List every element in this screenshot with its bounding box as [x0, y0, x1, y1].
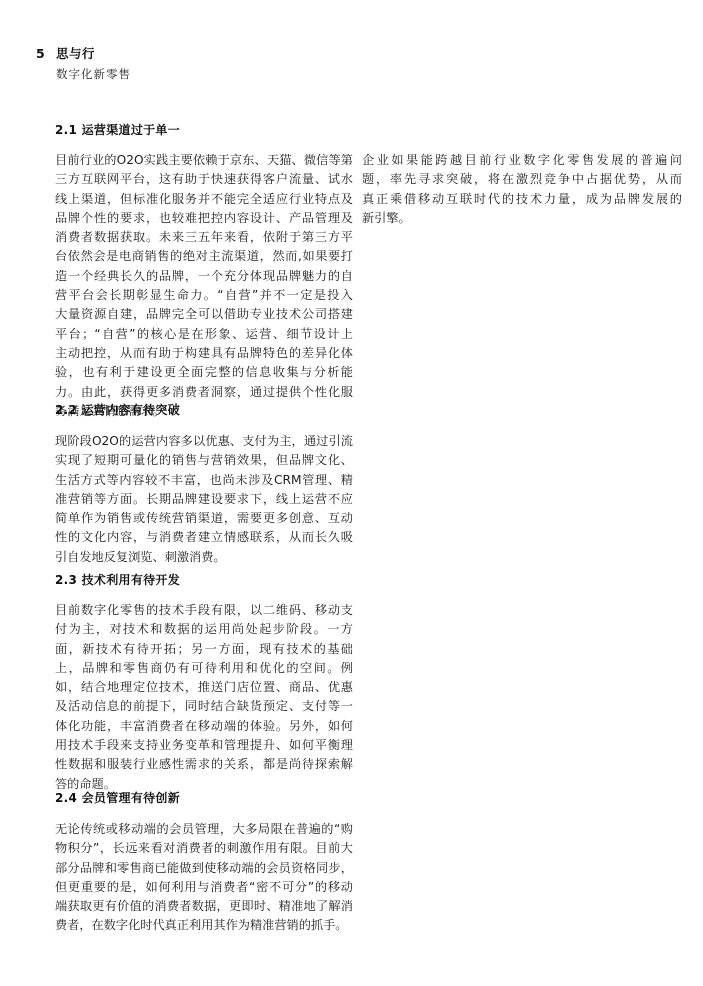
text-line: 简单作为销售或传统营销渠道，需要更多创意、互动 [55, 509, 353, 528]
text-line: 目前数字化零售的技术手段有限，以二维码、移动支 [55, 601, 353, 620]
chapter-title: 思与行 [56, 44, 95, 62]
text-line: 费者，在数字化时代真正利用其作为精准营销的抓手。 [55, 916, 353, 935]
text-line: 物积分”，长远来看对消费者的刺激作用有限。目前大 [55, 839, 353, 858]
text-line: 性的文化内容，与消费者建立情感联系，从而长久吸 [55, 528, 353, 547]
text-line: 性数据和服装行业感性需求的关系，都是尚待探索解 [55, 755, 353, 774]
text-line: 造一个经典长久的品牌，一个充分体现品牌魅力的自 [55, 267, 353, 286]
section-title-2-2: 2.2 运营内容有待突破 [55, 401, 180, 418]
text-line: 部分品牌和零售商已能做到使移动端的会员资格同步， [55, 859, 353, 878]
chapter-subtitle: 数字化新零售 [56, 66, 131, 82]
page-number: 5 [36, 46, 56, 61]
text-line: 真正乘借移动互联时代的技术力量，成为品牌发展的 [362, 190, 682, 209]
text-line: 付为主，对技术和数据的运用尚处起步阶段。一方 [55, 620, 353, 639]
section-body-2-2: 现阶段O2O的运营内容多以优惠、支付为主，通过引流 实现了短期可量化的销售与营销… [55, 432, 353, 567]
text-line: 实现了短期可量化的销售与营销效果，但品牌文化、 [55, 451, 353, 470]
text-line: 及活动信息的前提下，同时结合缺货预定、支付等一 [55, 697, 353, 716]
text-line: 台依然会是电商销售的绝对主流渠道，然而,如果要打 [55, 247, 353, 266]
text-line: 准营销等方面。长期品牌建设要求下，线上运营不应 [55, 490, 353, 509]
text-line: 营平台会长期彰显生命力。“自营”并不一定是投入 [55, 286, 353, 305]
text-line: 题，率先寻求突破，将在激烈竞争中占据优势，从而 [362, 170, 682, 189]
section-body-2-4: 无论传统或移动端的会员管理，大多局限在普遍的“购 物积分”，长远来看对消费者的刺… [55, 820, 353, 936]
text-line: 主动把控，从而有助于构建具有品牌特色的差异化体 [55, 344, 353, 363]
text-line: 用技术手段来支持业务变革和管理提升、如何平衡理 [55, 736, 353, 755]
text-line: 线上渠道，但标准化服务并不能完全适应行业特点及 [55, 190, 353, 209]
right-column-body: 企业如果能跨越目前行业数字化零售发展的普遍问 题，率先寻求突破，将在激烈竞争中占… [362, 151, 682, 228]
text-line: 大量资源自建，品牌完全可以借助专业技术公司搭建 [55, 305, 353, 324]
text-line: 无论传统或移动端的会员管理，大多局限在普遍的“购 [55, 820, 353, 839]
text-line: 但更重要的是，如何利用与消费者“密不可分”的移动 [55, 878, 353, 897]
text-line: 目前行业的O2O实践主要依赖于京东、天猫、微信等第 [55, 151, 353, 170]
text-line: 面，新技术有待开拓；另一方面，现有技术的基础 [55, 640, 353, 659]
text-line: 如，结合地理定位技术，推送门店位置、商品、优惠 [55, 678, 353, 697]
section-body-2-3: 目前数字化零售的技术手段有限，以二维码、移动支 付为主，对技术和数据的运用尚处起… [55, 601, 353, 794]
text-line: 体化功能，丰富消费者在移动端的体验。另外，如何 [55, 717, 353, 736]
text-line: 引自发地反复浏览、刺激消费。 [55, 548, 353, 567]
text-line: 端获取更有价值的消费者数据，更即时、精准地了解消 [55, 897, 353, 916]
text-line: 力。由此，获得更多消费者洞察，通过提供个性化服 [55, 383, 353, 402]
text-line: 现阶段O2O的运营内容多以优惠、支付为主，通过引流 [55, 432, 353, 451]
running-header: 5 思与行 数字化新零售 [36, 44, 131, 82]
section-body-2-1: 目前行业的O2O实践主要依赖于京东、天猫、微信等第 三方互联网平台，这有助于快速… [55, 151, 353, 421]
text-line: 企业如果能跨越目前行业数字化零售发展的普遍问 [362, 151, 682, 170]
text-line: 上，品牌和零售商仍有可待利用和优化的空间。例 [55, 659, 353, 678]
section-title-2-4: 2.4 会员管理有待创新 [55, 789, 180, 806]
section-title-2-1: 2.1 运营渠道过于单一 [55, 121, 180, 138]
text-line: 消费者数据获取。未来三五年来看，依附于第三方平 [55, 228, 353, 247]
section-title-2-3: 2.3 技术利用有待开发 [55, 571, 180, 588]
text-line: 验，也有利于建设更全面完整的信息收集与分析能 [55, 363, 353, 382]
text-line: 生活方式等内容较不丰富，也尚未涉及CRM管理、精 [55, 471, 353, 490]
text-line: 平台；“自营”的核心是在形象、运营、细节设计上 [55, 325, 353, 344]
text-line: 新引擎。 [362, 209, 682, 228]
text-line: 三方互联网平台，这有助于快速获得客户流量、试水 [55, 170, 353, 189]
text-line: 品牌个性的要求，也较难把控内容设计、产品管理及 [55, 209, 353, 228]
